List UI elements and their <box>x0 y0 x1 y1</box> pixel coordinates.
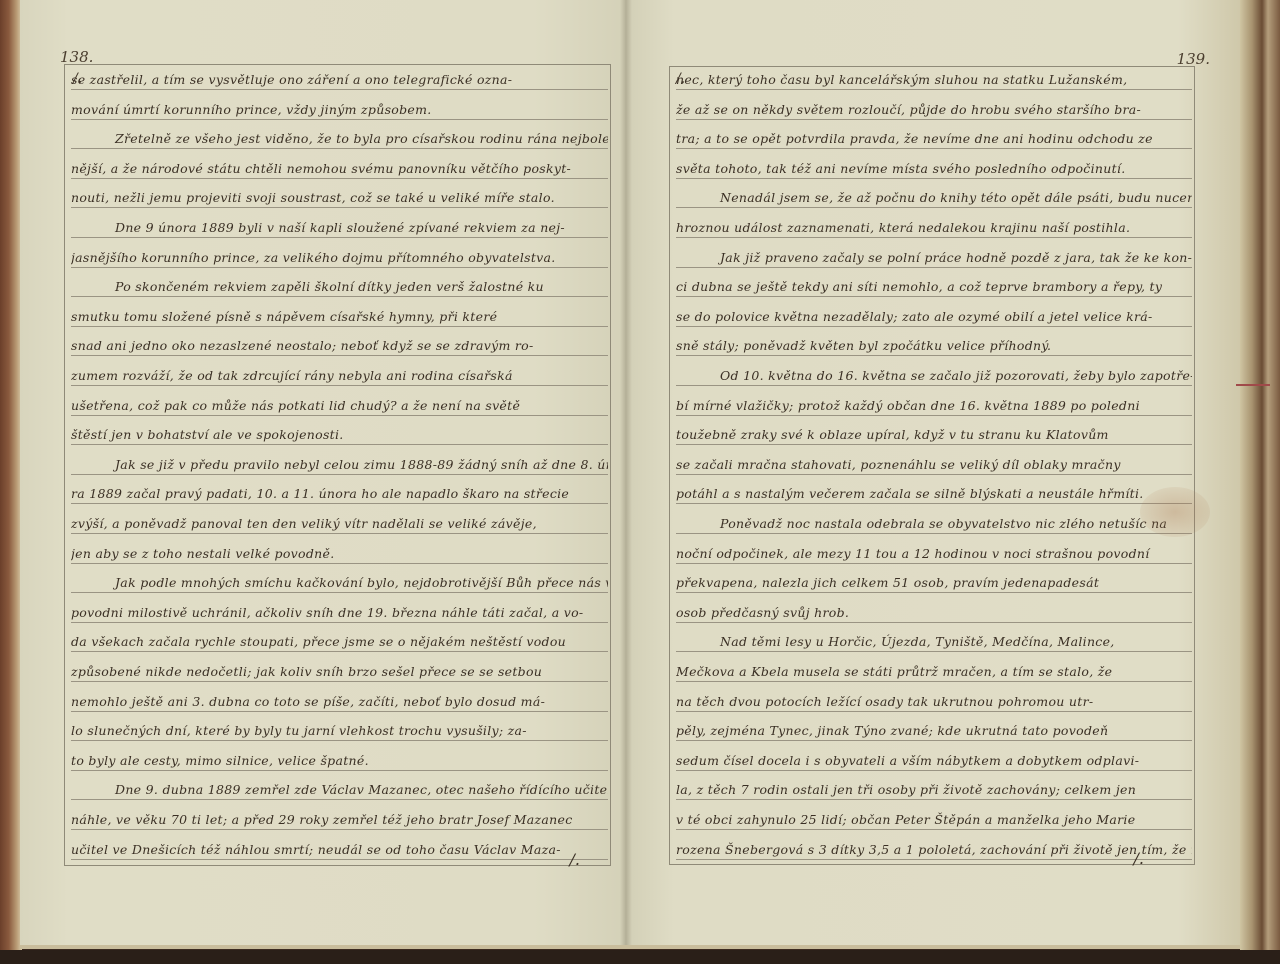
book-gutter <box>620 0 632 945</box>
manuscript-line: učitel ve Dnešicích též náhlou smrtí; ne… <box>71 825 608 860</box>
left-page-text-frame: /. se zastřelil, a tím se vysvětluje ono… <box>64 64 611 866</box>
red-margin-mark <box>1236 384 1270 386</box>
left-page: 138. /. se zastřelil, a tím se vysvětluj… <box>20 0 625 949</box>
open-book: 138. /. se zastřelil, a tím se vysvětluj… <box>0 0 1280 950</box>
right-page-text-frame: /. nec, který toho času byl kancelářským… <box>669 66 1195 865</box>
right-page: 139. /. nec, který toho času byl kancelá… <box>625 0 1240 949</box>
ink-stain <box>1140 487 1210 537</box>
manuscript-line: rozena Šnebergová s 3 dítky 3,5 a 1 polo… <box>676 825 1192 860</box>
book-cover-left-edge <box>0 0 22 950</box>
continuation-mark-bottom: /. <box>570 850 580 869</box>
continuation-mark-bottom: /. <box>1134 849 1144 868</box>
book-cover-right-edge <box>1240 0 1280 950</box>
